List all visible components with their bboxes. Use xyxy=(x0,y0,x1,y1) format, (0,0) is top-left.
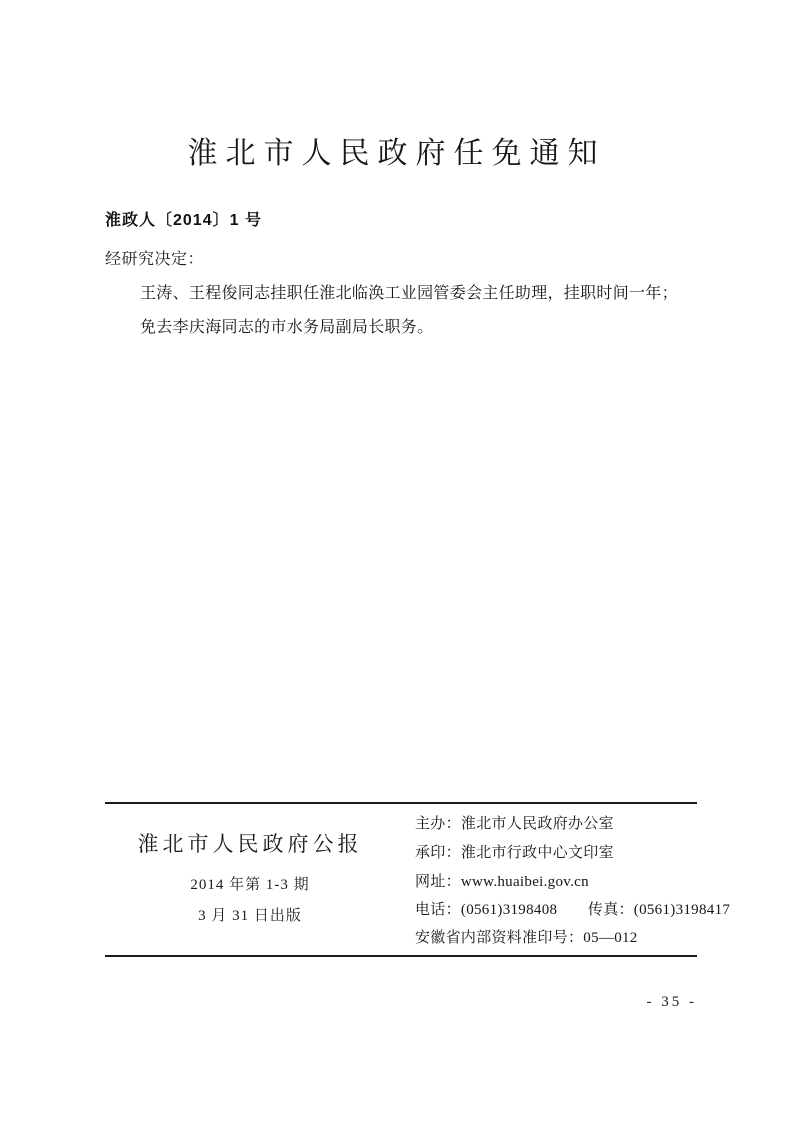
footer-printer-line: 承印：淮北市行政中心文印室 xyxy=(415,841,614,862)
gazette-page: 淮北市人民政府任免通知 淮政人〔2014〕1 号 经研究决定： 王涛、王程俊同志… xyxy=(0,0,793,1122)
intro-line: 经研究决定： xyxy=(105,246,204,269)
document-number: 淮政人〔2014〕1 号 xyxy=(105,207,262,230)
notice-title: 淮北市人民政府任免通知 xyxy=(0,128,793,172)
gazette-issue-line: 2014 年第 1-3 期 xyxy=(105,873,395,894)
footer-website-line: 网址：www.huaibei.gov.cn xyxy=(415,870,589,891)
body-paragraph-appointment: 王涛、王程俊同志挂职任淮北临涣工业园管委会主任助理，挂职时间一年； xyxy=(140,280,678,303)
footer-bottom-rule xyxy=(105,955,697,957)
footer-top-rule xyxy=(105,802,697,804)
gazette-title: 淮北市人民政府公报 xyxy=(105,828,395,858)
footer-organizer-line: 主办：淮北市人民政府办公室 xyxy=(415,812,614,833)
footer-permit-number-line: 安徽省内部资料准印号：05—012 xyxy=(415,926,638,947)
body-paragraph-removal: 免去李庆海同志的市水务局副局长职务。 xyxy=(140,314,433,337)
footer-phone-fax-line: 电话：(0561)3198408 传真：(0561)3198417 xyxy=(415,898,730,919)
gazette-publish-date: 3 月 31 日出版 xyxy=(105,904,395,925)
page-number: - 35 - xyxy=(647,994,698,1011)
